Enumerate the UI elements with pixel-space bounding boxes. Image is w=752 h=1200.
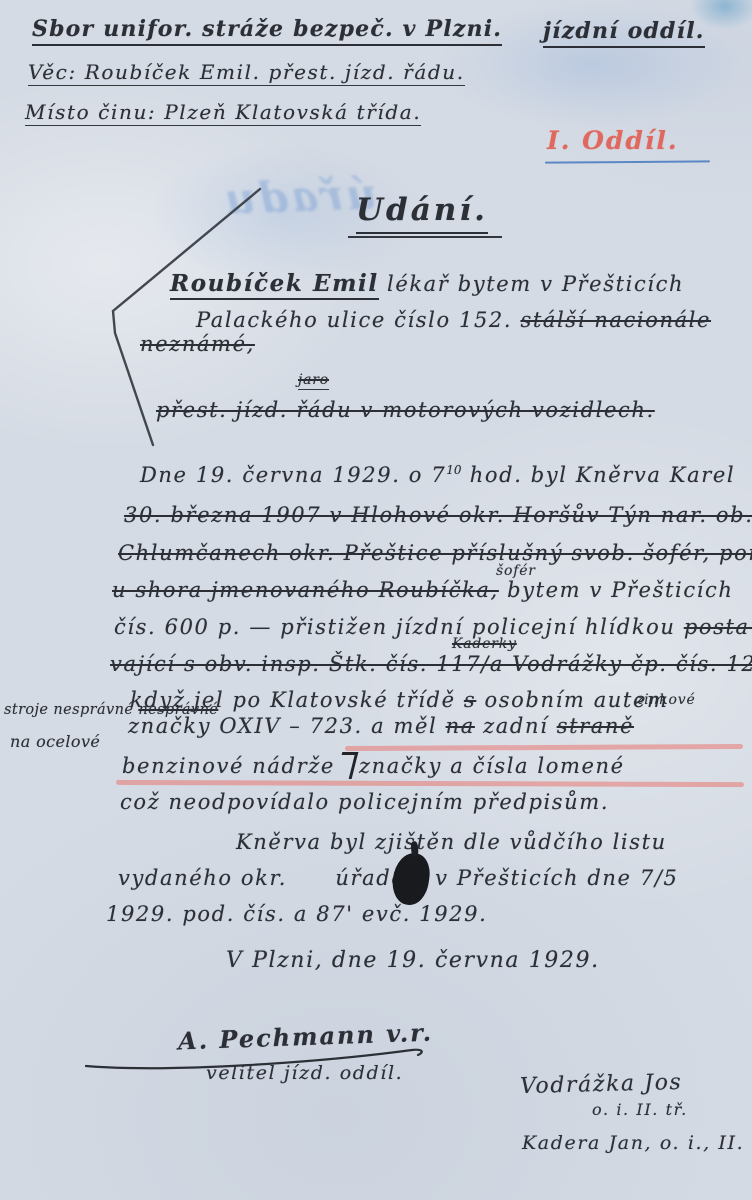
interline-insert-3: Kaderky (452, 636, 517, 652)
line13-d: zadní (475, 714, 557, 738)
margin-note-1b-struck: nesprávné (138, 702, 218, 718)
line10-struck-text: posta- (684, 615, 752, 639)
scanned-document-page: { "palette": { "paper": "#d5dbe4", "ink"… (0, 0, 752, 1200)
line18-text: 1929. pod. čís. a 87' evč. 1929. (106, 902, 487, 926)
line7-struck-text: 30. března 1907 v Hlohové okr. Horšův Tý… (124, 503, 752, 527)
signature-inspector-2: Kadera Jan, o. i., II. tř. (522, 1132, 752, 1154)
header-subject-line: Věc: Roubíček Emil. přest. jízd. řádu. (28, 60, 465, 84)
line2-text: Palackého ulice číslo 152. (196, 308, 520, 332)
line9-struck-text: u shora jmenovaného Roubíčka, (112, 578, 499, 602)
interline-insert-3-text: Kaderky (452, 636, 517, 652)
dateline-text: V Plzni, dne 19. června 1929. (226, 948, 600, 973)
signature-inspector-1-rank: o. i. II. tř. (592, 1100, 688, 1119)
document-title: Udání. (356, 192, 488, 234)
signature-inspector-1: Vodrážka Jos (520, 1070, 683, 1099)
line8-struck-text: Chlumčanech okr. Přeštice příslušný svob… (118, 541, 752, 565)
dateline: V Plzni, dne 19. června 1929. (226, 948, 600, 973)
header-scene-text: Místo činu: Plzeň Klatovská třída. (25, 100, 421, 126)
margin-note-2-text: na ocelové (10, 732, 100, 751)
line6-superscript: 10 (446, 463, 461, 477)
body-line-6: Dne 19. června 1929. o 710 hod. byl Kněr… (140, 463, 735, 487)
body-line-9: u shora jmenovaného Roubíčka, bytem v Př… (112, 578, 733, 602)
header-scene-line: Místo činu: Plzeň Klatovská třída. (25, 100, 421, 124)
signature-inspector-1-rank-text: o. i. II. tř. (592, 1100, 688, 1119)
body-line-14: benzinové nádržeznačky a čísla lomené (122, 752, 625, 778)
line10-text: čís. 600 p. — přistižen jízdní policejní… (114, 615, 684, 639)
line6-a: Dne 19. června 1929. o 7 (140, 463, 446, 487)
line14-a: benzinové nádrže (122, 754, 335, 778)
header-unit-text: jízdní oddíl. (543, 18, 705, 48)
header-unit-line: jízdní oddíl. (543, 18, 705, 44)
signature-commander-role: velitel jízd. oddíl. (206, 1062, 403, 1084)
body-line-16: Kněrva byl zjištěn dle vůdčího listu (236, 830, 667, 854)
margin-note-2: na ocelové (10, 732, 100, 751)
accused-name: Roubíček Emil (170, 270, 379, 300)
insertion-caret-mark (336, 752, 359, 779)
line14-b: značky a čísla lomené (359, 754, 625, 778)
body-line-3: neznámé, (140, 332, 255, 356)
line5-struck-text: přest. jízd. řádu v motorových vozidlech… (156, 398, 655, 422)
header-office-line: Sbor unifor. stráže bezpeč. v Plzni. (32, 16, 502, 42)
line1-rest: lékař bytem v Přešticích (379, 272, 684, 296)
body-line-15: což neodpovídalo policejním předpisům. (120, 790, 609, 814)
body-line-7: 30. března 1907 v Hlohové okr. Horšův Tý… (124, 503, 752, 527)
interline-insert-1: jaro (298, 372, 329, 388)
line11-struck-text: vající s obv. insp. Štk. čís. 117/a Vodr… (110, 652, 752, 676)
interline-insert-4-text: zinkové (636, 692, 696, 708)
body-line-2: Palackého ulice číslo 152. stálší nacion… (196, 308, 711, 332)
line17-b: úřadem v Přešticích dne 7/5 (335, 866, 678, 890)
margin-note-1a: stroje nesprávné (4, 702, 138, 718)
interline-insert-2: šofér (496, 563, 536, 579)
line12-struck: s (464, 688, 476, 712)
line13-struck-strane: straně (557, 714, 634, 738)
body-line-18: 1929. pod. čís. a 87' evč. 1929. (106, 902, 487, 926)
line2-struck-text: stálší nacionále (520, 308, 711, 332)
interline-insert-4: zinkové (636, 692, 696, 708)
body-line-1: Roubíček Emil lékař bytem v Přešticích (170, 270, 684, 297)
stamp-bleed-mirrored-text: úřadu (221, 169, 377, 223)
header-office-text: Sbor unifor. stráže bezpeč. v Plzni. (32, 16, 502, 46)
signature-commander-role-text: velitel jízd. oddíl. (206, 1062, 403, 1084)
body-line-10: čís. 600 p. — přistižen jízdní policejní… (114, 615, 752, 639)
body-line-8: Chlumčanech okr. Přeštice příslušný svob… (118, 541, 752, 565)
line3-struck-text: neznámé, (140, 332, 255, 356)
signature-inspector-1-text: Vodrážka Jos (520, 1070, 683, 1099)
line13-struck-na: na (446, 714, 475, 738)
line15-text: což neodpovídalo policejním předpisům. (120, 790, 609, 814)
interline-insert-2-text: šofér (496, 563, 536, 579)
line16-text: Kněrva byl zjištěn dle vůdčího listu (236, 830, 667, 854)
line17-a: vydaného okr. (118, 866, 295, 890)
line6-b: hod. byl Kněrva Karel (462, 463, 736, 487)
line9-rest: bytem v Přešticích (499, 578, 734, 602)
header-subject-text: Věc: Roubíček Emil. přest. jízd. řádu. (28, 60, 465, 86)
body-line-11: vající s obv. insp. Štk. čís. 117/a Vodr… (110, 652, 752, 676)
line13-b: a měl (371, 714, 446, 738)
document-title-text: Udání. (356, 192, 488, 234)
body-line-5: přest. jízd. řádu v motorových vozidlech… (156, 398, 655, 422)
margin-note-1: stroje nesprávné nesprávné (4, 702, 218, 718)
red-routing-note: I. Oddíl. (547, 126, 679, 155)
interline-insert-1-text: jaro (298, 372, 329, 390)
signature-inspector-2-text: Kadera Jan, o. i., II. tř. (522, 1132, 752, 1154)
